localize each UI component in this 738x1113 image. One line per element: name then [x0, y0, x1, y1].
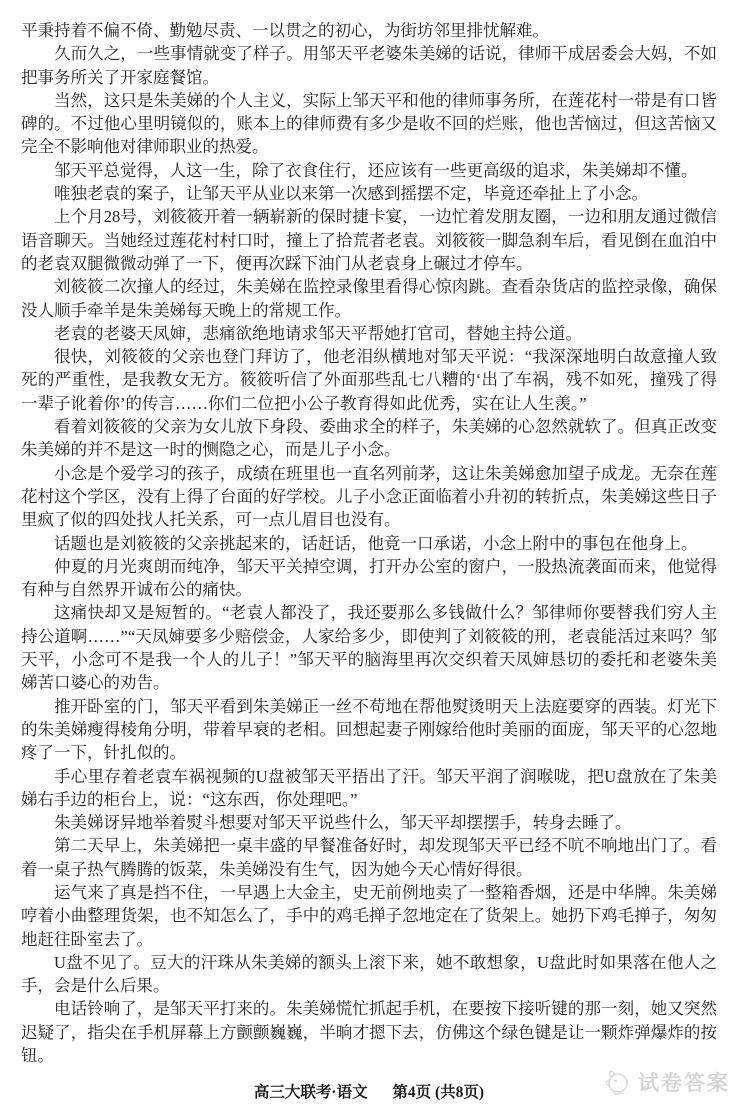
page-number: 第4页 (共8页) [392, 1084, 484, 1101]
body-paragraph: 很快，刘筱筱的父亲也登门拜访了，他老泪纵横地对邹天平说：“我深深地明白故意撞人致… [21, 345, 717, 415]
watermark: 试卷答案 [601, 1067, 730, 1097]
mascot-logo-icon [601, 1068, 633, 1096]
body-paragraph: 朱美娣讶异地举着熨斗想要对邹天平说些什么，邹天平却摆摆手，转身去睡了。 [21, 811, 717, 834]
body-paragraph: 邹天平总觉得，人这一生，除了衣食住行，还应该有一些更高级的追求，朱美娣却不懂。 [21, 159, 717, 182]
body-paragraph: 电话铃响了，是邹天平打来的。朱美娣慌忙抓起手机，在要按下接听键的那一刻，她又突然… [21, 997, 717, 1067]
body-paragraph: 运气来了真是挡不住，一早遇上大金主，史无前例地卖了一整箱香烟，还是中华牌。朱美娣… [21, 881, 717, 951]
body-paragraph: 仲夏的月光爽朗而纯净，邹天平关掉空调，打开办公室的窗户，一股热流袭面而来，他觉得… [21, 555, 717, 602]
body-paragraph: 当然，这只是朱美娣的个人主义，实际上邹天平和他的律师事务所，在莲花村一带是有口皆… [21, 89, 717, 159]
body-paragraph: 上个月28号，刘筱筱开着一辆崭新的保时捷卡宴，一边忙着发朋友圈，一边和朋友通过微… [21, 205, 717, 275]
body-paragraph: 话题也是刘筱筱的父亲挑起来的，话赶话，他竟一口承诺，小念上附中的事包在他身上。 [21, 532, 717, 555]
body-paragraph: U盘不见了。豆大的汗珠从朱美娣的额头上滚下来，她不敢想象，U盘此时如果落在他人之… [21, 951, 717, 998]
body-paragraph: 平秉持着不偏不倚、勤勉尽责、一以贯之的初心，为街坊邻里排忧解难。 [21, 19, 717, 42]
body-paragraph: 这痛快却又是短暂的。“老袁人都没了，我还要那么多钱做什么？邹律师你要替我们穷人主… [21, 601, 717, 694]
body-paragraph: 唯独老袁的案子，让邹天平从业以来第一次感到摇摆不定，毕竟还牵扯上了小念。 [21, 182, 717, 205]
body-paragraph: 老袁的老婆天凤婶，悲痛欲绝地请求邹天平帮她打官司，替她主持公道。 [21, 322, 717, 345]
body-paragraph: 推开卧室的门，邹天平看到朱美娣正一丝不苟地在帮他熨烫明天上法庭要穿的西装。灯光下… [21, 695, 717, 765]
watermark-label: 试卷答案 [638, 1067, 730, 1097]
exam-title: 高三大联考·语文 [254, 1084, 368, 1101]
body-paragraph: 手心里存着老袁车祸视频的U盘被邹天平捂出了汗。邹天平润了润喉咙，把U盘放在了朱美… [21, 765, 717, 812]
body-paragraph: 小念是个爱学习的孩子，成绩在班里也一直名列前茅，这让朱美娣愈加望子成龙。无奈在莲… [21, 462, 717, 532]
body-paragraph: 看着刘筱筱的父亲为女儿放下身段、委曲求全的样子，朱美娣的心忽然就软了。但真正改变… [21, 415, 717, 462]
body-paragraph: 第二天早上，朱美娣把一桌丰盛的早餐准备好时，却发现邹天平已经不吭不响地出门了。看… [21, 834, 717, 881]
passage-text: 平秉持着不偏不倚、勤勉尽责、一以贯之的初心，为街坊邻里排忧解难。 久而久之，一些… [21, 19, 717, 1067]
body-paragraph: 刘筱筱二次撞人的经过，朱美娣在监控录像里看得心惊肉跳。查看杂货店的监控录像，确保… [21, 275, 717, 322]
body-paragraph: 久而久之，一些事情就变了样子。用邹天平老婆朱美娣的话说，律师干成居委会大妈，不如… [21, 42, 717, 89]
